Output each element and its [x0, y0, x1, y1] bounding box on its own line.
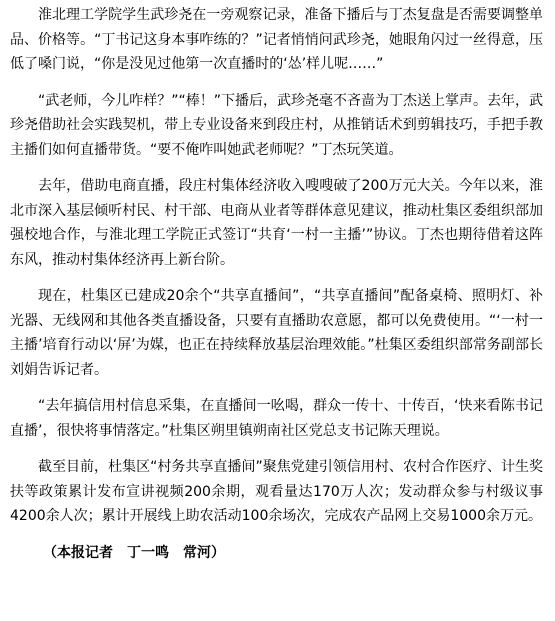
byline: （本报记者 丁一鸣 常河） — [10, 541, 543, 565]
paragraph-6: 截至目前，杜集区“村务共享直播间”聚焦党建引领信用村、农村合作医疗、计生奖扶等政… — [10, 455, 543, 529]
paragraph-2: “武老师，今儿咋样？”“棒！”下播后，武珍尧毫不吝啬为丁杰送上掌声。去年，武珍尧… — [10, 89, 543, 163]
paragraph-3: 去年，借助电商直播，段庄村集体经济收入嗖嗖破了200万元大关。今年以来，淮北市深… — [10, 174, 543, 272]
article-body: 淮北理工学院学生武珍尧在一旁观察记录，准备下播后与丁杰复盘是否需要调整单品、价格… — [0, 0, 555, 565]
paragraph-4: 现在，杜集区已建成20余个“共享直播间”，“共享直播间”配备桌椅、照明灯、补光器… — [10, 284, 543, 382]
paragraph-5: “去年搞信用村信息采集，在直播间一吆喝，群众一传十、十传百，‘快来看陈书记直播’… — [10, 394, 543, 443]
paragraph-1: 淮北理工学院学生武珍尧在一旁观察记录，准备下播后与丁杰复盘是否需要调整单品、价格… — [10, 3, 543, 77]
